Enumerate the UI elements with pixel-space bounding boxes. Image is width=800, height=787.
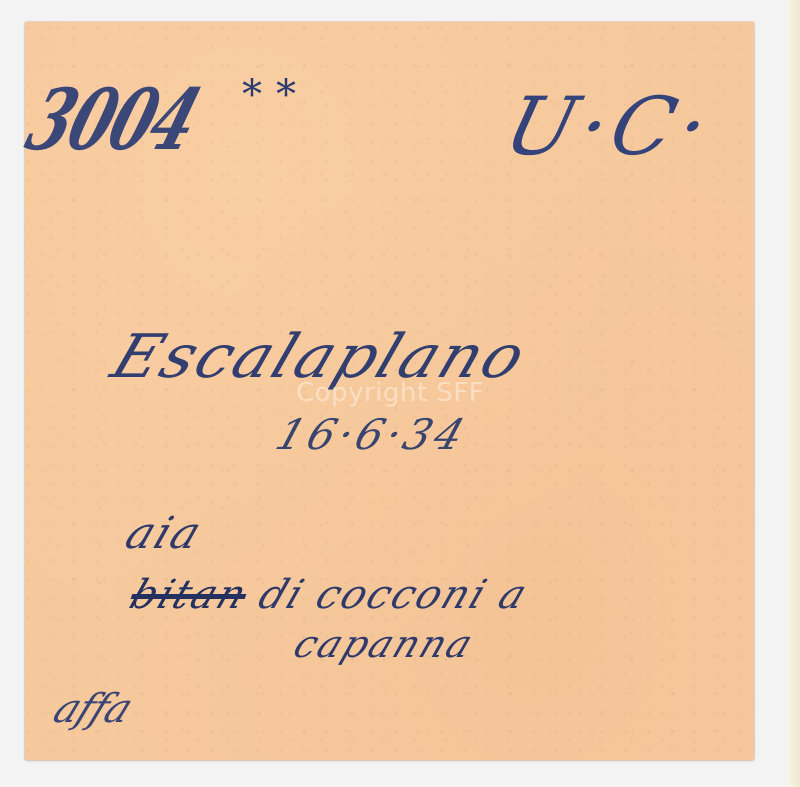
star-marks: ** xyxy=(242,72,310,118)
copyright-watermark: Copyright SFF xyxy=(296,378,484,408)
collection-date: 16·6·34 xyxy=(270,410,474,459)
collector-initials: U·C· xyxy=(496,80,723,173)
habitat-note-line-2-text: di cocconi a xyxy=(238,572,535,618)
habitat-note-line-2: bitan di cocconi a xyxy=(124,572,535,618)
struck-word: bitan xyxy=(124,572,255,618)
catalog-number: 3004 xyxy=(16,70,211,169)
backdrop-edge xyxy=(786,0,800,787)
habitat-note-line-3: capanna xyxy=(288,622,481,666)
